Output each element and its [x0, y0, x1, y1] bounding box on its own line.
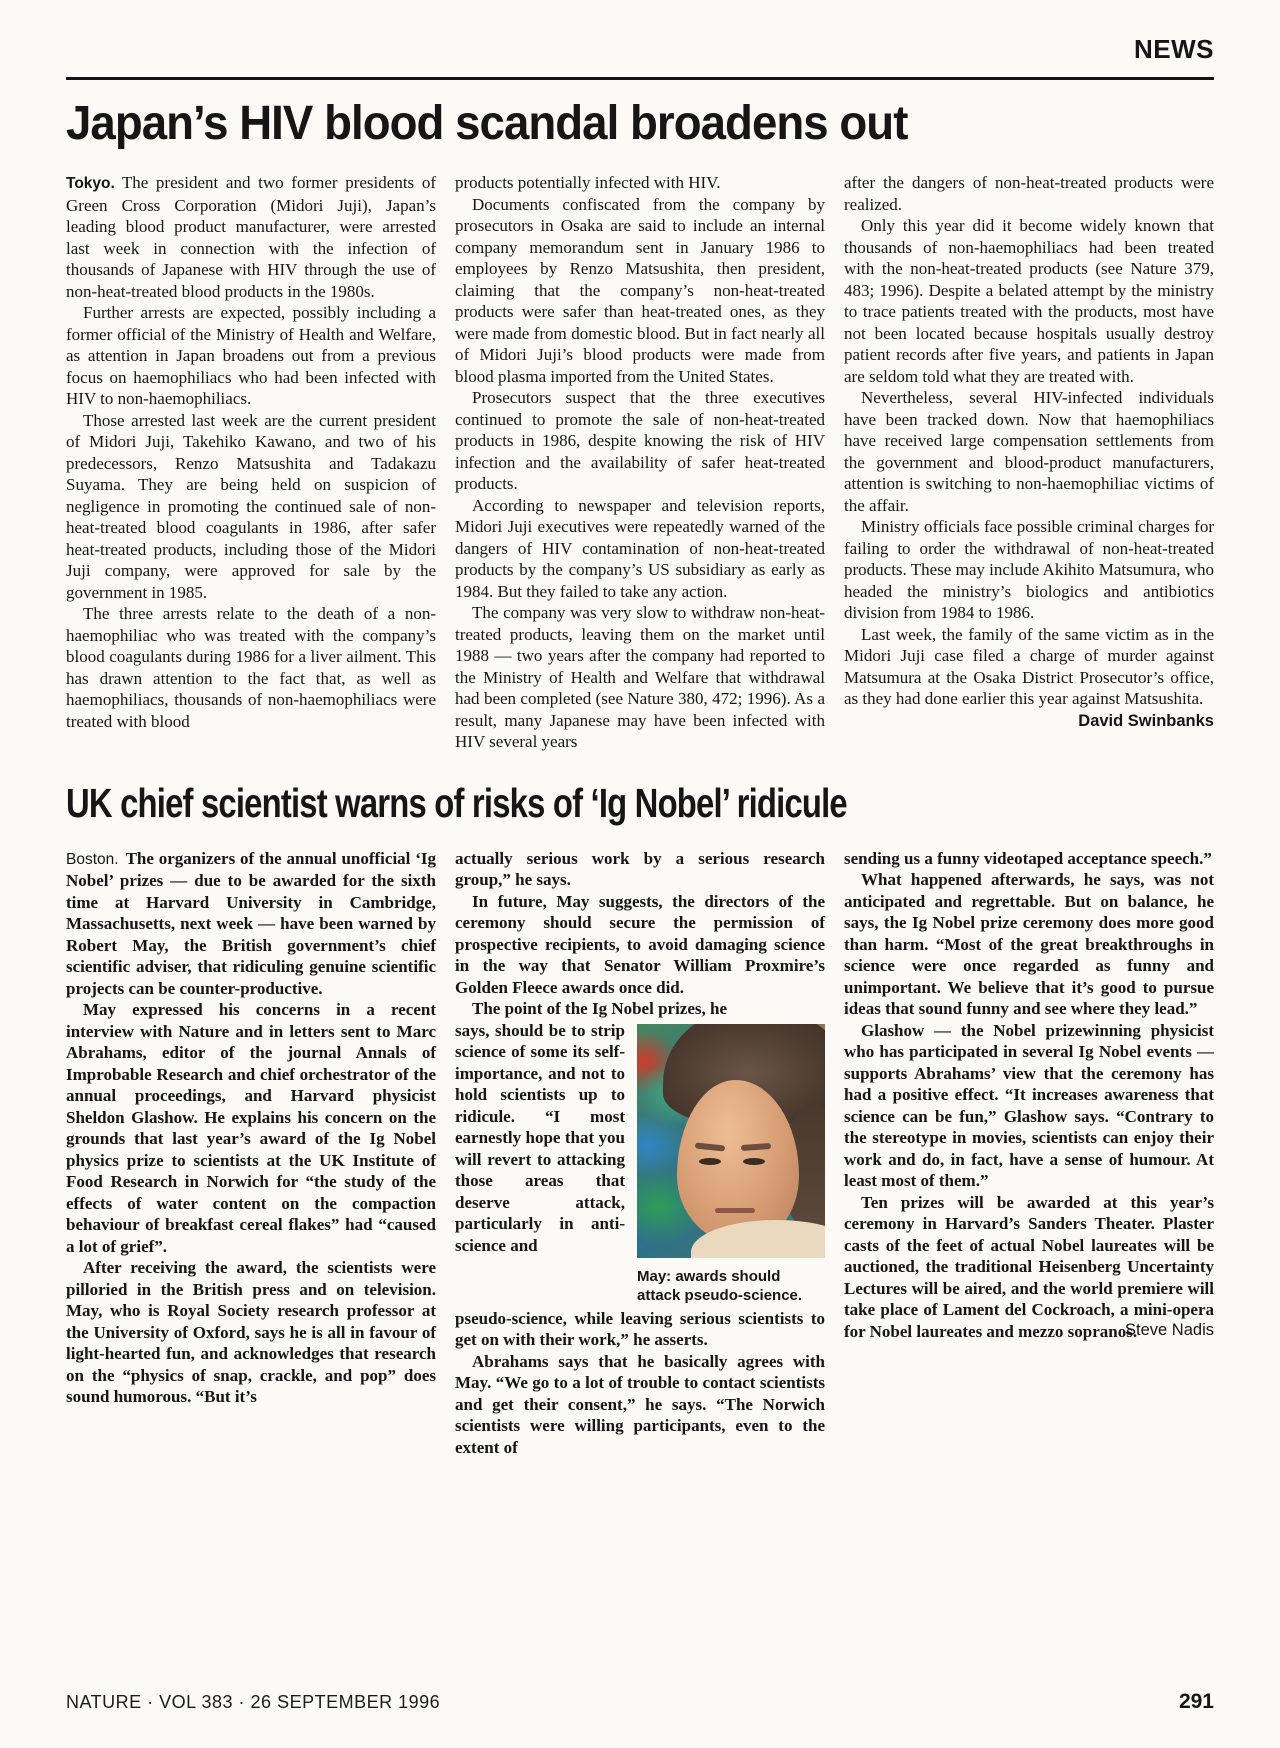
- article2-col-1: Boston.The organizers of the annual unof…: [66, 848, 436, 1408]
- body-paragraph: After receiving the award, the scientist…: [66, 1257, 436, 1408]
- body-paragraph: pseudo-science, while leaving serious sc…: [455, 1308, 825, 1351]
- body-paragraph: The company was very slow to withdraw no…: [455, 602, 825, 753]
- body-paragraph: Prosecutors suspect that the three execu…: [455, 387, 825, 495]
- body-paragraph: Boston.The organizers of the annual unof…: [66, 848, 436, 1000]
- body-paragraph: Those arrested last week are the current…: [66, 410, 436, 604]
- body-paragraph: Nevertheless, several HIV-infected indiv…: [844, 387, 1214, 516]
- page-footer: NATURE · VOL 383 · 26 SEPTEMBER 1996 291: [66, 1690, 1214, 1714]
- article2-title: UK chief scientist warns of risks of ‘Ig…: [66, 783, 984, 824]
- robert-may-portrait-photo: [637, 1024, 825, 1258]
- article-hiv-scandal: Japan’s HIV blood scandal broadens out T…: [66, 100, 1214, 753]
- body-paragraph: after the dangers of non-heat-treated pr…: [844, 172, 1214, 215]
- journal-volume-date: NATURE · VOL 383 · 26 SEPTEMBER 1996: [66, 1692, 440, 1713]
- magazine-page: NEWS Japan’s HIV blood scandal broadens …: [0, 0, 1280, 1748]
- body-paragraph: Ten prizes will be awarded at this year’…: [844, 1192, 1214, 1343]
- article1-columns: Tokyo.The president and two former presi…: [66, 172, 1214, 753]
- photo-detail: [741, 1142, 771, 1150]
- body-paragraph: Glashow — the Nobel prizewinning physici…: [844, 1020, 1214, 1192]
- body-paragraph: Last week, the family of the same victim…: [844, 624, 1214, 710]
- page-header: NEWS: [66, 0, 1214, 65]
- article1-col-3: after the dangers of non-heat-treated pr…: [844, 172, 1214, 731]
- body-paragraph: Tokyo.The president and two former presi…: [66, 172, 436, 302]
- dateline: Tokyo.: [66, 175, 115, 192]
- paragraph-text: The organizers of the annual unofficial …: [66, 849, 436, 998]
- body-paragraph: In future, May suggests, the directors o…: [455, 891, 825, 999]
- photo-detail: [695, 1142, 725, 1151]
- photo-detail: [715, 1208, 755, 1213]
- photo-block: May: awards should attack pseudo-science…: [637, 1024, 825, 1305]
- page-number: 291: [1179, 1690, 1214, 1714]
- photo-caption: May: awards should attack pseudo-science…: [637, 1267, 825, 1305]
- body-paragraph: actually serious work by a serious resea…: [455, 848, 825, 891]
- article1-title: Japan’s HIV blood scandal broadens out: [66, 100, 1157, 148]
- body-paragraph: Further arrests are expected, possibly i…: [66, 302, 436, 410]
- body-paragraph: Documents confiscated from the company b…: [455, 194, 825, 388]
- body-paragraph: Abrahams says that he basically agrees w…: [455, 1351, 825, 1459]
- article1-col-1: Tokyo.The president and two former presi…: [66, 172, 436, 732]
- paragraph-text: The president and two former presidents …: [66, 173, 436, 301]
- body-paragraph: Only this year did it become widely know…: [844, 215, 1214, 387]
- photo-detail: [699, 1158, 721, 1165]
- body-paragraph: sending us a funny videotaped acceptance…: [844, 848, 1214, 870]
- article2-columns: Boston.The organizers of the annual unof…: [66, 848, 1214, 1459]
- body-paragraph: products potentially infected with HIV.: [455, 172, 825, 194]
- section-label: NEWS: [1134, 34, 1214, 64]
- header-rule: [66, 77, 1214, 80]
- body-paragraph: According to newspaper and television re…: [455, 495, 825, 603]
- article2-col-3: sending us a funny videotaped acceptance…: [844, 848, 1214, 1340]
- body-paragraph: The point of the Ig Nobel prizes, he: [455, 998, 825, 1020]
- photo-detail: [743, 1158, 765, 1165]
- article1-byline: David Swinbanks: [844, 712, 1214, 731]
- article-ig-nobel: UK chief scientist warns of risks of ‘Ig…: [66, 783, 1214, 1459]
- article1-col-2: products potentially infected with HIV. …: [455, 172, 825, 753]
- body-paragraph: The three arrests relate to the death of…: [66, 603, 436, 732]
- body-paragraph: May expressed his concerns in a recent i…: [66, 999, 436, 1257]
- body-paragraph: What happened afterwards, he says, was n…: [844, 869, 1214, 1020]
- article2-col-2: actually serious work by a serious resea…: [455, 848, 825, 1459]
- body-paragraph: Ministry officials face possible crimina…: [844, 516, 1214, 624]
- dateline: Boston.: [66, 851, 119, 868]
